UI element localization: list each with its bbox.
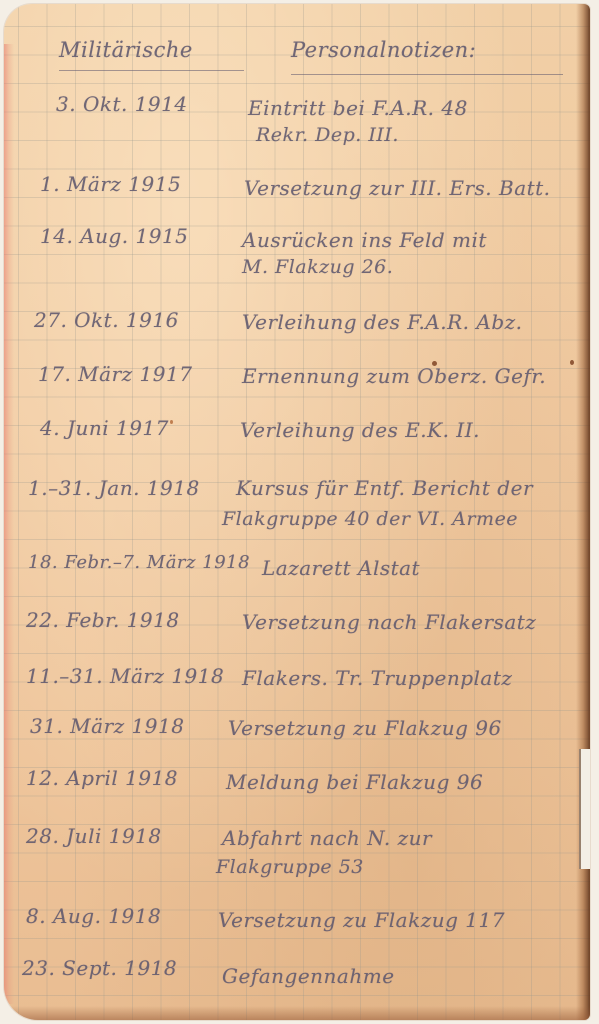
entry-date: 14. Aug. 1915 <box>40 224 188 248</box>
entry-event: Abfahrt nach N. zur <box>222 826 432 850</box>
entry-event-continued: Flakgruppe 53 <box>216 856 364 878</box>
entry-event: Versetzung zu Flakzug 96 <box>228 716 502 740</box>
entry-event: Verleihung des F.A.R. Abz. <box>242 310 523 334</box>
entry-date: 3. Okt. 1914 <box>56 92 188 116</box>
title-personalnotizen: Personalnotizen: <box>291 38 476 62</box>
entry-event: Meldung bei Flakzug 96 <box>226 770 483 794</box>
entry-event: Versetzung zur III. Ers. Batt. <box>244 176 551 200</box>
ink-spot <box>170 420 173 424</box>
entry-event: Lazarett Alstat <box>262 556 420 580</box>
notebook-page: Militärische Personalnotizen: 3. Okt. 19… <box>4 4 590 1020</box>
entry-event: Ernennung zum Oberz. Gefr. <box>242 364 546 388</box>
entry-date: 28. Juli 1918 <box>26 824 162 848</box>
title-militaerische: Militärische <box>59 38 193 62</box>
page-bottom-edge <box>4 1006 590 1020</box>
red-spine-edge <box>4 44 14 1004</box>
entry-date: 22. Febr. 1918 <box>26 608 180 632</box>
entry-event-continued: Flakgruppe 40 der VI. Armee <box>222 508 518 530</box>
entry-event: Verleihung des E.K. II. <box>240 418 480 442</box>
entry-event-continued: Rekr. Dep. III. <box>256 124 399 146</box>
entry-event-continued: M. Flakzug 26. <box>242 256 393 278</box>
entry-date: 1. März 1915 <box>40 172 181 196</box>
ink-spot <box>570 360 574 365</box>
entry-event: Flakers. Tr. Truppenplatz <box>242 666 512 690</box>
entry-date: 4. Juni 1917 <box>40 416 169 440</box>
entry-date: 27. Okt. 1916 <box>34 308 179 332</box>
entry-date: 12. April 1918 <box>26 766 178 790</box>
title-underline <box>291 74 563 75</box>
torn-page-stub <box>579 749 590 869</box>
entry-event: Eintritt bei F.A.R. 48 <box>248 96 468 120</box>
entry-date: 18. Febr.–7. März 1918 <box>28 552 250 573</box>
entry-event: Versetzung nach Flakersatz <box>242 610 536 634</box>
entry-date: 8. Aug. 1918 <box>26 904 161 928</box>
entry-event: Ausrücken ins Feld mit <box>242 228 487 252</box>
entry-event: Versetzung zu Flakzug 117 <box>218 908 505 932</box>
title-underline <box>59 70 244 71</box>
entry-date: 31. März 1918 <box>30 714 184 738</box>
entry-date: 11.–31. März 1918 <box>26 664 224 688</box>
entry-date: 17. März 1917 <box>38 362 192 386</box>
entry-date: 1.–31. Jan. 1918 <box>28 476 200 500</box>
scanned-notebook: Militärische Personalnotizen: 3. Okt. 19… <box>0 0 599 1024</box>
entry-date: 23. Sept. 1918 <box>22 956 177 980</box>
entry-event: Kursus für Entf. Bericht der <box>236 476 533 500</box>
entry-event: Gefangennahme <box>222 964 395 988</box>
